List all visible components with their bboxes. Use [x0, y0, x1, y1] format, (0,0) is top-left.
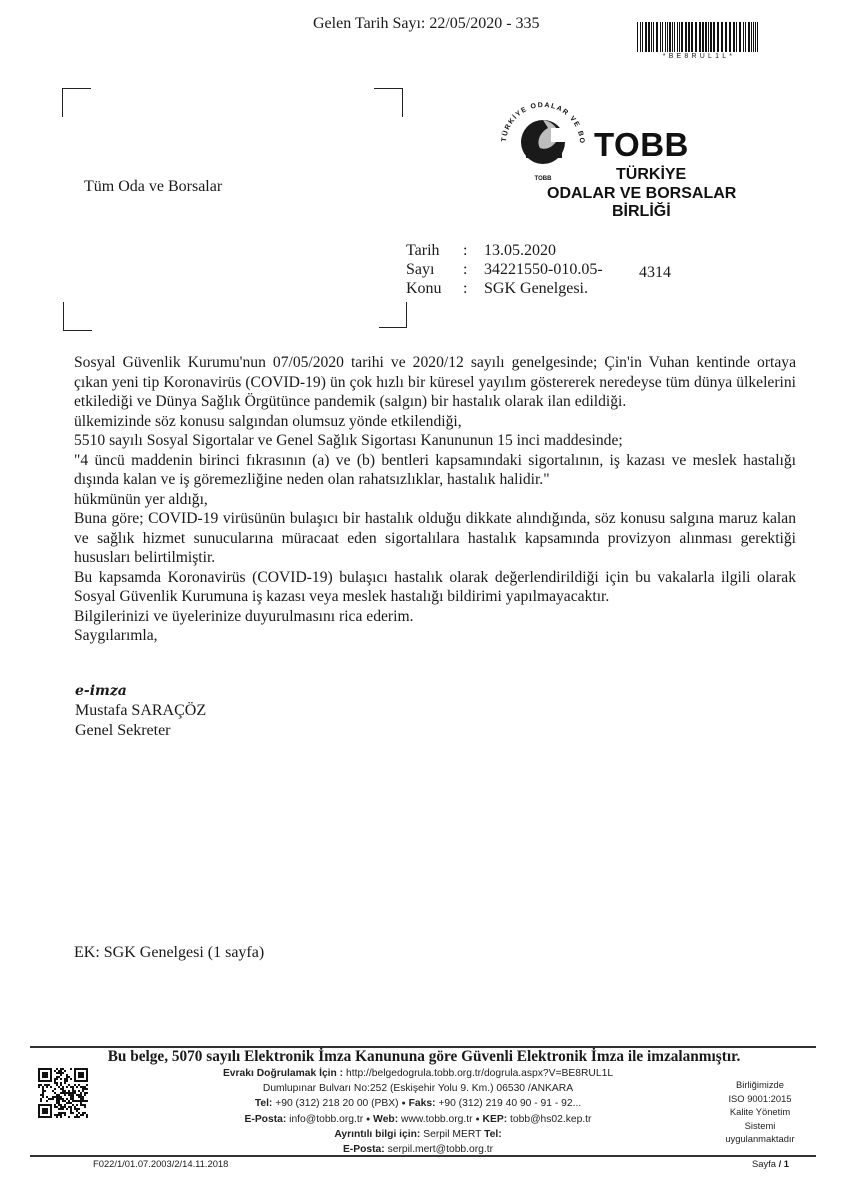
email-link[interactable]: info@tobb.org.tr — [289, 1114, 363, 1125]
contact-email-link[interactable]: serpil.mert@tobb.org.tr — [388, 1144, 493, 1155]
e-signature-mark: e-imza — [75, 683, 127, 699]
address-line: Dumlupınar Bulvarı No:252 (Eskişehir Yol… — [188, 1081, 648, 1096]
meta-number: Sayı : 34221550-010.05- — [406, 260, 603, 279]
footer-contact-info: Evrakı Doğrulamak İçin : http://belgedog… — [188, 1066, 648, 1157]
phone-line: Tel: +90 (312) 218 20 00 (PBX) ● Faks: +… — [188, 1096, 648, 1111]
received-stamp: Gelen Tarih Sayı: 22/05/2020 - 335 — [313, 15, 540, 33]
logo-tobb: TOBB — [594, 126, 689, 164]
verify-link[interactable]: http://belgedogrula.tobb.org.tr/dogrula.… — [346, 1068, 613, 1079]
qr-code-icon — [38, 1068, 88, 1118]
letter-body: Sosyal Güvenlik Kurumu'nun 07/05/2020 ta… — [74, 353, 796, 646]
bullet-icon: ● — [475, 1116, 479, 1123]
meta-number-suffix: 4314 — [639, 263, 671, 282]
tobb-seal-logo-icon: TÜRKİYE ODALAR VE BORSALAR BİRLİĞİ TOBB — [496, 92, 590, 186]
body-paragraph: 5510 sayılı Sosyal Sigortalar ve Genel S… — [74, 431, 796, 451]
document-meta: Tarih : 13.05.2020 Sayı : 34221550-010.0… — [406, 241, 603, 298]
web-link[interactable]: www.tobb.org.tr — [401, 1114, 473, 1125]
address-corner-mark — [63, 302, 92, 331]
attachment-note: EK: SGK Genelgesi (1 sayfa) — [74, 944, 264, 962]
recipient: Tüm Oda ve Borsalar — [84, 178, 222, 196]
logo-line-birligi: BİRLİĞİ — [612, 203, 671, 221]
body-paragraph: ülkemizinde söz konusu salgından olumsuz… — [74, 412, 796, 432]
body-paragraph: Bilgilerinizi ve üyelerinize duyurulması… — [74, 607, 796, 627]
meta-date: Tarih : 13.05.2020 — [406, 241, 603, 260]
bullet-icon: ● — [366, 1116, 370, 1123]
barcode-label: *BE8RUL1L* — [637, 53, 761, 60]
body-paragraph: Buna göre; COVID-19 virüsünün bulaşıcı b… — [74, 509, 796, 568]
document-barcode: *BE8RUL1L* — [637, 22, 761, 60]
signer-title: Genel Sekreter — [75, 721, 206, 741]
closing: Saygılarımla, — [74, 626, 796, 646]
meta-subject: Konu : SGK Genelgesi. — [406, 279, 603, 298]
iso-certification-note: Birliğimizde ISO 9001:2015 Kalite Yöneti… — [700, 1078, 820, 1146]
page-number: Sayfa / 1 — [752, 1158, 789, 1169]
barcode-bars — [637, 22, 761, 52]
form-code: F022/1/01.07.2003/2/14.11.2018 — [93, 1158, 228, 1169]
body-paragraph: Bu kapsamda Koronavirüs (COVID-19) bulaş… — [74, 568, 796, 607]
body-paragraph: "4 üncü maddenin birinci fıkrasının (a) … — [74, 451, 796, 490]
footer-divider — [30, 1155, 816, 1157]
signer: Mustafa SARAÇÖZ Genel Sekreter — [75, 701, 206, 741]
contact-line: Ayrıntılı bilgi için: Serpil MERT Tel: — [188, 1127, 648, 1142]
logo-line-turkiye: TÜRKİYE — [616, 166, 686, 184]
address-corner-mark — [374, 88, 403, 117]
body-paragraph: Sosyal Güvenlik Kurumu'nun 07/05/2020 ta… — [74, 353, 796, 412]
signer-name: Mustafa SARAÇÖZ — [75, 701, 206, 721]
verify-line: Evrakı Doğrulamak İçin : http://belgedog… — [188, 1066, 648, 1081]
bullet-icon: ● — [401, 1100, 405, 1107]
logo-line-odalar: ODALAR VE BORSALAR — [547, 185, 736, 203]
email-line: E-Posta: info@tobb.org.tr ● Web: www.tob… — [188, 1112, 648, 1127]
svg-text:TOBB: TOBB — [535, 176, 553, 182]
footer-legal-notice: Bu belge, 5070 sayılı Elektronik İmza Ka… — [0, 1048, 848, 1066]
address-corner-mark — [62, 88, 91, 117]
body-paragraph: hükmünün yer aldığı, — [74, 490, 796, 510]
kep-link[interactable]: tobb@hs02.kep.tr — [510, 1114, 591, 1125]
address-corner-mark — [406, 302, 407, 328]
address-corner-mark — [379, 327, 407, 328]
